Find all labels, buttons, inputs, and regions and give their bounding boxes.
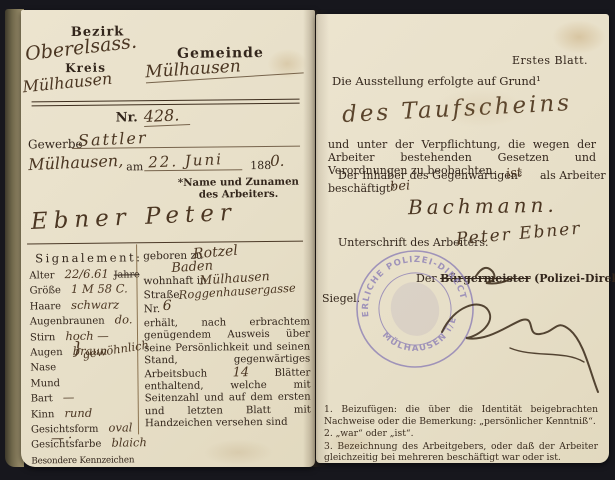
inhaber-part2: als Arbeiter xyxy=(540,169,606,182)
footnotes: 1. Beizufügen: die über die Identität be… xyxy=(324,404,598,465)
signalement-row-bart: Bart — xyxy=(31,390,137,407)
gewerbe-label: Gewerbe xyxy=(28,137,83,152)
police-director-signature xyxy=(414,254,604,399)
name-caption: *Name und Zunamen des Arbeiters. xyxy=(168,177,308,202)
signalement-label: Augenbraunen xyxy=(30,316,105,328)
kreis-value: Mülhausen xyxy=(22,69,113,97)
left-page-content: Bezirk Oberelsass. Gemeinde Mülhausen Kr… xyxy=(19,8,318,468)
nr-label: Nr. xyxy=(116,110,138,125)
name-caption-line2: des Arbeiters. xyxy=(168,188,308,201)
employer-value: Bachmann. xyxy=(408,193,558,220)
signalement-label: Augen xyxy=(30,347,63,358)
signalement-row-gesichtsfarbe: Gesichtsfarbe blaich xyxy=(31,436,137,453)
signalement-label: Stirn xyxy=(30,332,55,343)
erstes-blatt-label: Erstes Blatt. xyxy=(512,54,588,67)
strasse-label: Straße xyxy=(144,289,180,301)
signalement-title: Signalement: xyxy=(35,250,142,265)
signalement-label: Bart xyxy=(31,393,53,404)
grund-label: Die Ausstellung erfolgte auf Grund¹ xyxy=(332,74,541,88)
footnote-1: 1. Beizufügen: die über die Identität be… xyxy=(324,404,598,427)
signalement-label: Nase xyxy=(30,363,56,374)
inhaber-part1: Der Inhaber des Gegenwärtigen² xyxy=(338,169,522,182)
gemeinde-value: Mülhausen xyxy=(145,52,304,83)
signalement-value: schwarz xyxy=(71,297,119,312)
footnote-2: 2. „war“ oder „ist“. xyxy=(324,428,598,440)
signalement-row-mund: Mund xyxy=(30,374,136,391)
signalement-row-augenbraunen: Augenbraunen do. xyxy=(30,313,136,330)
signature-underline xyxy=(510,348,584,362)
date-line xyxy=(144,169,242,171)
issue-paragraph: erhält, nach erbrachtem genügendem Auswe… xyxy=(144,317,311,431)
alter-struck-word: Jahre xyxy=(114,269,140,280)
signalement-label: Größe xyxy=(29,286,61,297)
age-spot xyxy=(203,439,273,466)
age-spot xyxy=(552,20,606,54)
wohnhaft-label: wohnhaft in xyxy=(143,275,207,288)
signalement-row-gesichtsform: Gesichtsform oval xyxy=(31,420,137,437)
grund-value: des Taufscheins xyxy=(341,90,572,128)
signalement-label: Besondere Kennzeichen xyxy=(31,455,134,466)
hausnr-label: Nr. xyxy=(144,303,161,315)
inhaber-hw-ist: ist xyxy=(505,165,523,182)
signalement-row-kennzeichen: Besondere Kennzeichen xyxy=(31,451,137,468)
worker-name: Ebner Peter xyxy=(30,200,237,235)
signalement-row-groesse: Größe 1 M 58 C. xyxy=(29,282,135,299)
am-label: am xyxy=(126,160,143,173)
signalement-value: — xyxy=(63,390,75,404)
signalement-label: Alter xyxy=(29,270,54,281)
signalement-table: Alter 22/6.61 Jahre Größe 1 M 58 C. Haar… xyxy=(29,266,137,467)
signalement-row-kinn: Kinn rund xyxy=(31,405,137,422)
nr-value: 428. xyxy=(143,105,190,127)
signalement-value: blaich xyxy=(111,436,147,450)
signalement-row-alter: Alter 22/6.61 Jahre xyxy=(29,266,135,283)
kennzeichen-mark: —· xyxy=(51,431,76,446)
inhaber-hw-bei: bei xyxy=(390,178,411,194)
signalement-value: 22/6.61 xyxy=(65,267,109,281)
signalement-value: oval xyxy=(108,420,132,434)
document-scan: Bezirk Oberelsass. Gemeinde Mülhausen Kr… xyxy=(0,0,615,480)
year-digit: 0. xyxy=(270,152,285,170)
worker-signature: Peter Ebner xyxy=(455,219,582,250)
signalement-label: Haare xyxy=(30,301,61,312)
signature-flourish-small xyxy=(476,268,512,284)
hausnr-value: 6 xyxy=(163,298,172,314)
signalement-value: do. xyxy=(115,313,133,327)
signalement-value: rund xyxy=(64,405,92,419)
right-page: Erstes Blatt. Die Ausstellung erfolgte a… xyxy=(316,14,609,463)
issue-place-value: Mülhausen, xyxy=(28,151,124,174)
year-printed: 188 xyxy=(250,159,271,172)
left-page: Bezirk Oberelsass. Gemeinde Mülhausen Kr… xyxy=(21,10,315,467)
right-page-content: Erstes Blatt. Die Ausstellung erfolgte a… xyxy=(316,14,609,463)
signalement-divider xyxy=(27,241,303,245)
blaetter-count: 14 xyxy=(232,365,249,380)
signalement-label: Kinn xyxy=(31,409,55,420)
footnote-3: 3. Bezeichnung des Arbeitgebers, oder da… xyxy=(324,441,598,464)
signalement-value: 1 M 58 C. xyxy=(71,282,128,297)
issue-date-value: 22. Juni xyxy=(148,150,224,171)
signalement-row-haare: Haare schwarz xyxy=(30,297,136,314)
inhaber-part3: beschäftigt³ xyxy=(328,182,395,195)
signature-flourish-large xyxy=(442,305,598,392)
